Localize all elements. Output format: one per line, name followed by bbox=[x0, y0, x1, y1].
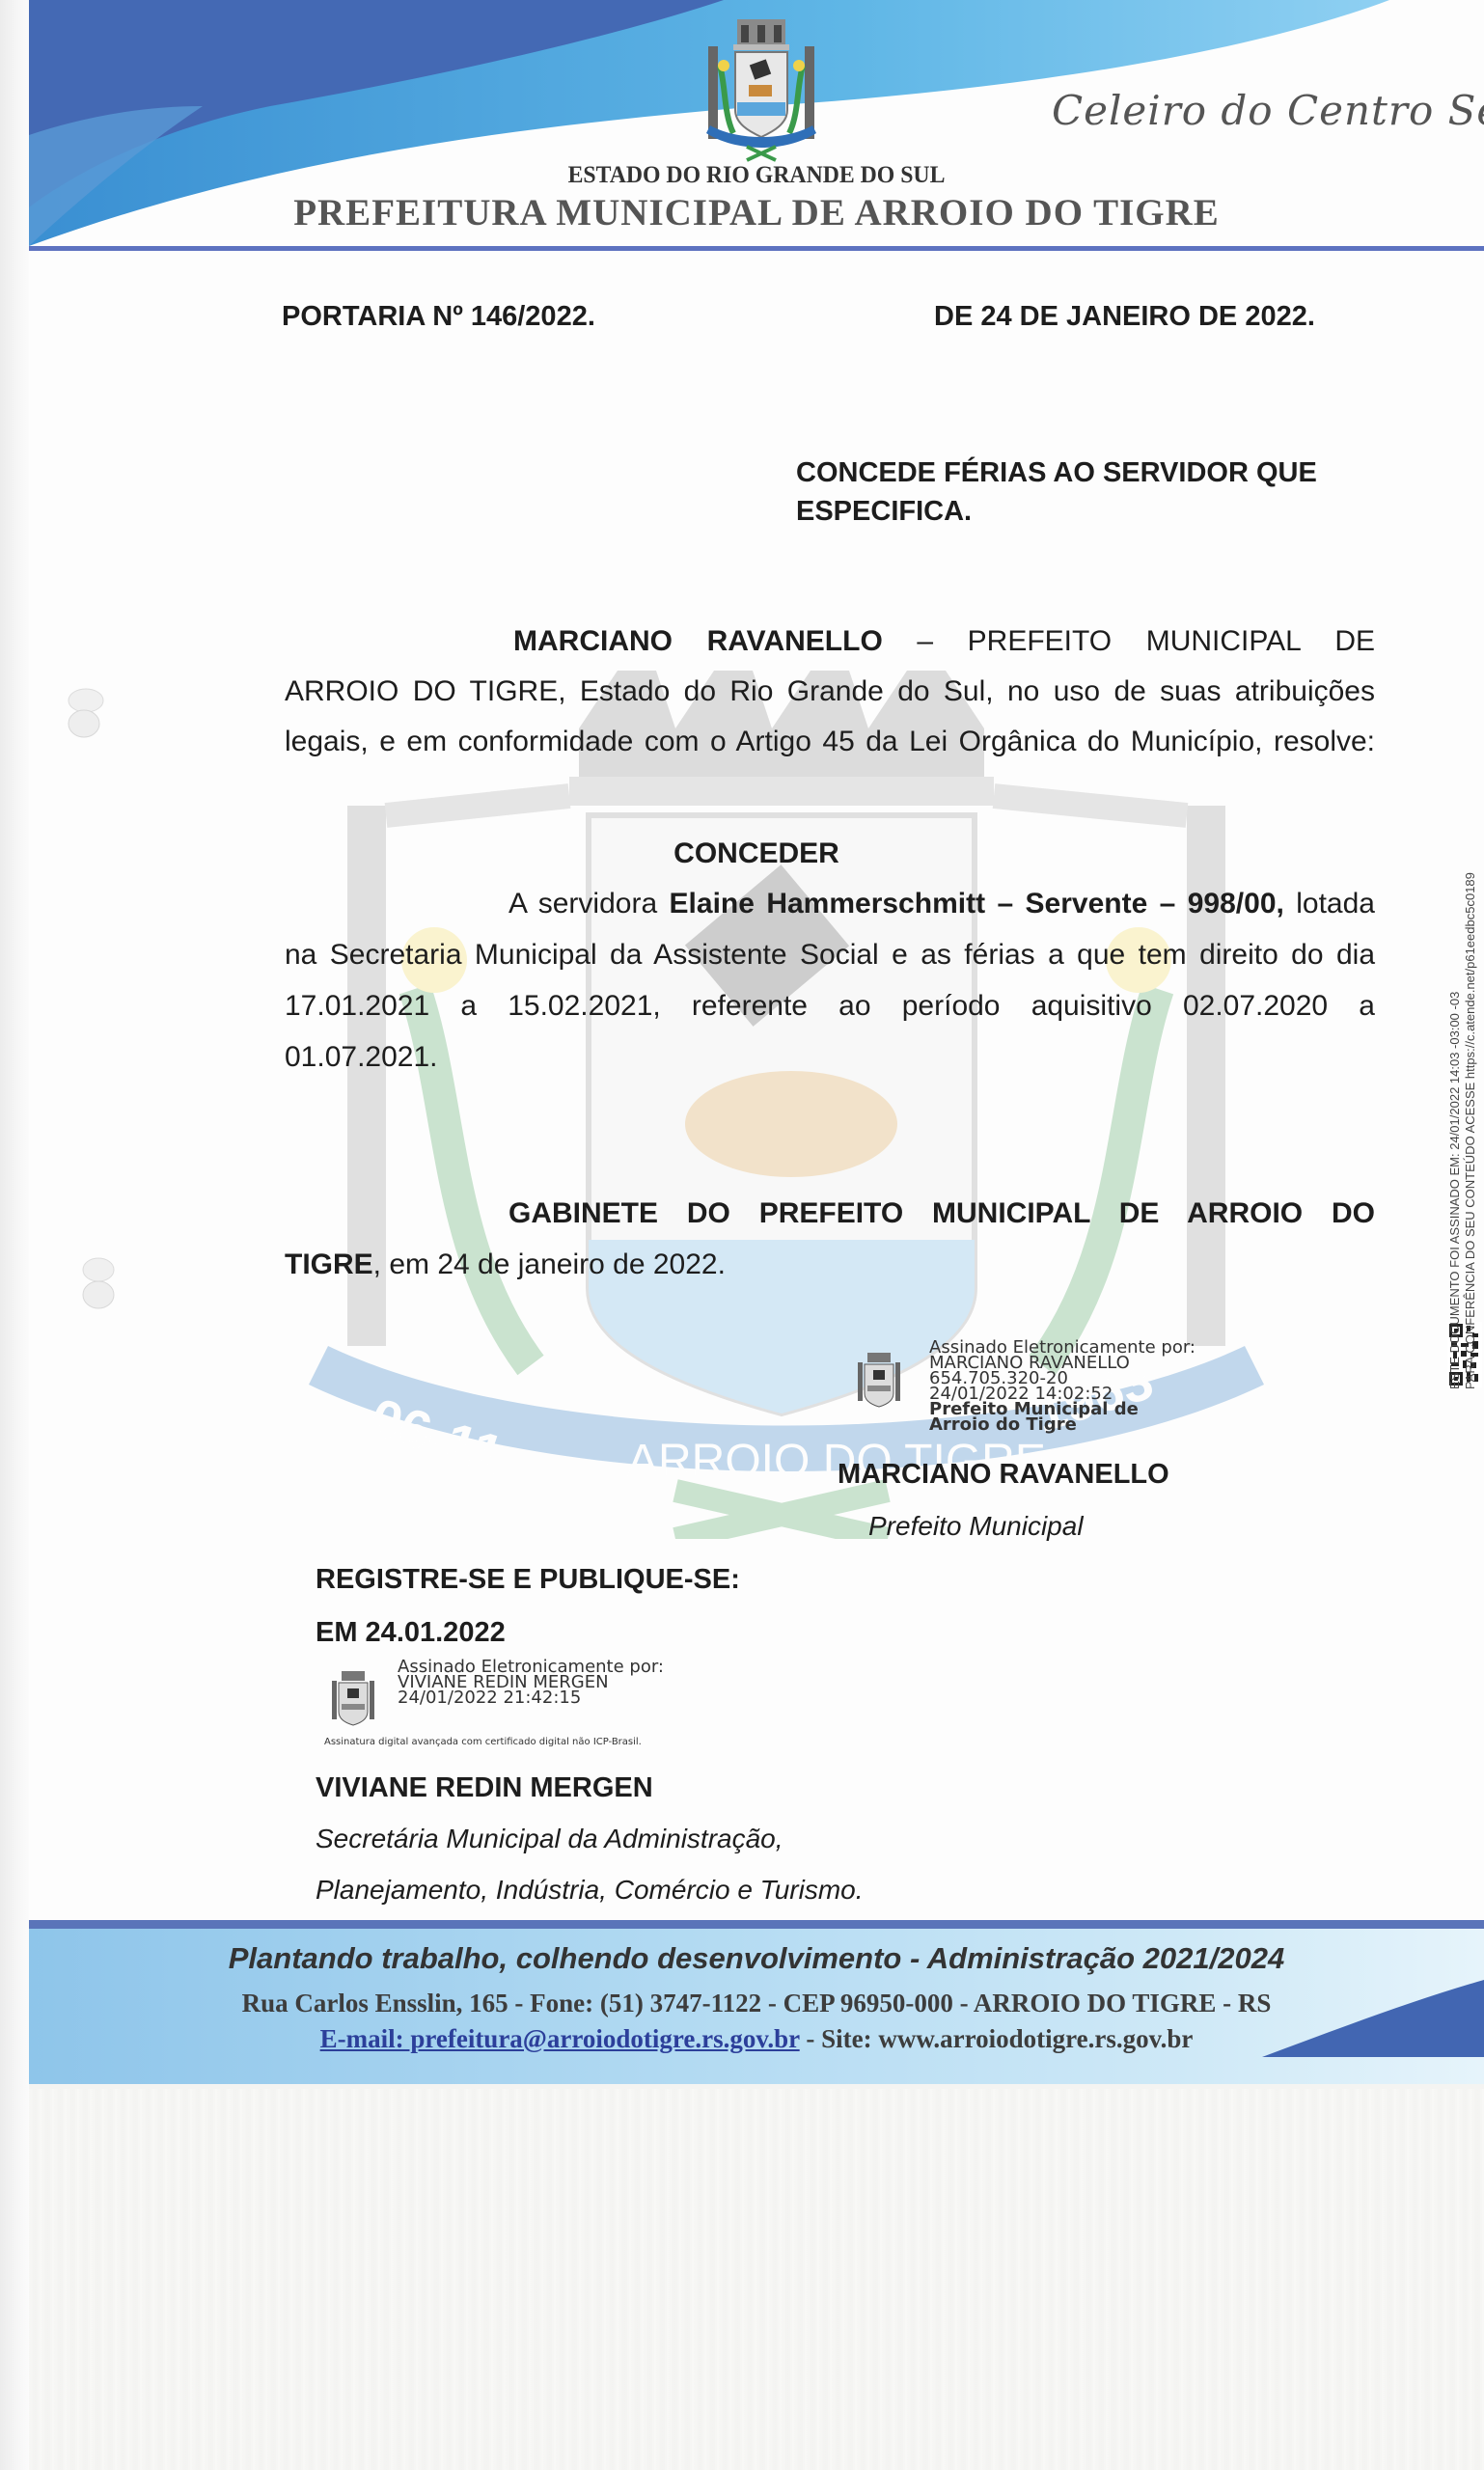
state-name: ESTADO DO RIO GRANDE DO SUL bbox=[66, 162, 1448, 189]
footer-address: Rua Carlos Ensslin, 165 - Fone: (51) 374… bbox=[29, 1989, 1484, 2018]
punch-hole-mark bbox=[63, 685, 105, 743]
grant-line-4: 01.07.2021. bbox=[285, 1043, 1375, 1094]
svg-text:06-11: 06-11 bbox=[363, 1386, 510, 1485]
closing-line-2: TIGRE, em 24 de janeiro de 2022. bbox=[285, 1250, 1375, 1302]
secretary-electronic-signature: Assinado Eletronicamente por: VIVIANE RE… bbox=[318, 1658, 724, 1754]
portaria-date: DE 24 DE JANEIRO DE 2022. bbox=[934, 302, 1315, 331]
stamp-line-1: ESTE DOCUMENTO FOI ASSINADO EM: 24/01/20… bbox=[1447, 675, 1463, 1389]
document-page: Celeiro do Centro Serra ESTADO DO RIO GR… bbox=[29, 0, 1484, 2084]
punch-hole-mark bbox=[77, 1254, 120, 1312]
footer-contact: E-mail: prefeitura@arroiodotigre.rs.gov.… bbox=[29, 2024, 1484, 2054]
site-text: - Site: www.arroiodotigre.rs.gov.br bbox=[800, 2024, 1194, 2053]
preamble-line-3: legais, e em conformidade com o Artigo 4… bbox=[285, 727, 1375, 778]
stamp-line-2: PARA CONFERÊNCIA DO SEU CONTEÚDO ACESSE … bbox=[1463, 675, 1478, 1389]
secretary-role-line-2: Planejamento, Indústria, Comércio e Turi… bbox=[316, 1876, 864, 1905]
email-link[interactable]: E-mail: prefeitura@arroiodotigre.rs.gov.… bbox=[320, 2024, 800, 2053]
signature-verification-stamp: ESTE DOCUMENTO FOI ASSINADO EM: 24/01/20… bbox=[1447, 675, 1484, 1389]
esig-certificate-note: Assinatura digital avançada com certific… bbox=[324, 1737, 643, 1747]
employee-details: Elaine Hammerschmitt – Servente – 998/00… bbox=[670, 888, 1284, 919]
portaria-number: PORTARIA Nº 146/2022. bbox=[282, 302, 595, 331]
registration-label: REGISTRE-SE E PUBLIQUE-SE: bbox=[316, 1565, 740, 1594]
closing-line-1: GABINETE DO PREFEITO MUNICIPAL DE ARROIO… bbox=[285, 1199, 1375, 1250]
secretary-role-line-1: Secretária Municipal da Administração, bbox=[316, 1825, 783, 1853]
seal-icon bbox=[328, 1669, 378, 1729]
preamble-line-2: ARROIO DO TIGRE, Estado do Rio Grande do… bbox=[285, 677, 1375, 727]
header-divider bbox=[29, 246, 1484, 251]
scanner-blank-area bbox=[29, 2089, 1484, 2470]
mayor-name: MARCIANO RAVANELLO bbox=[513, 625, 883, 657]
grant-line-2: na Secretaria Municipal da Assistente So… bbox=[285, 941, 1375, 992]
seal-icon bbox=[854, 1351, 904, 1411]
mayor-electronic-signature: Assinado Eletronicamente por: MARCIANO R… bbox=[844, 1336, 1230, 1452]
secretary-esig-text: Assinado Eletronicamente por: VIVIANE RE… bbox=[398, 1660, 664, 1706]
footer-slogan: Plantando trabalho, colhendo desenvolvim… bbox=[29, 1941, 1484, 1976]
preamble-paragraph: MARCIANO RAVANELLO – PREFEITO MUNICIPAL … bbox=[285, 627, 1375, 778]
portaria-summary: CONCEDE FÉRIAS AO SERVIDOR QUE ESPECIFIC… bbox=[796, 453, 1414, 531]
mayor-esig-text: Assinado Eletronicamente por: MARCIANO R… bbox=[929, 1340, 1195, 1433]
registration-date: EM 24.01.2022 bbox=[316, 1618, 506, 1647]
municipality-name: PREFEITURA MUNICIPAL DE ARROIO DO TIGRE bbox=[29, 191, 1484, 234]
secretary-signature-name: VIVIANE REDIN MERGEN bbox=[316, 1773, 653, 1802]
mayor-signature-role: Prefeito Municipal bbox=[868, 1512, 1084, 1541]
mayor-signature-name: MARCIANO RAVANELLO bbox=[838, 1460, 1169, 1489]
footer-divider bbox=[29, 1920, 1484, 1929]
letterhead-footer: Plantando trabalho, colhendo desenvolvim… bbox=[29, 1920, 1484, 2084]
grant-line-3: 17.01.2021 a 15.02.2021, referente ao pe… bbox=[285, 992, 1375, 1043]
municipal-motto: Celeiro do Centro Serra bbox=[1052, 87, 1484, 134]
grant-line-1: A servidora Elaine Hammerschmitt – Serve… bbox=[285, 890, 1375, 941]
preamble-line-1: MARCIANO RAVANELLO – PREFEITO MUNICIPAL … bbox=[285, 627, 1375, 677]
closing-paragraph: GABINETE DO PREFEITO MUNICIPAL DE ARROIO… bbox=[285, 1199, 1375, 1302]
municipal-crest-icon bbox=[699, 17, 824, 162]
scan-edge bbox=[0, 0, 29, 2470]
grant-paragraph: A servidora Elaine Hammerschmitt – Serve… bbox=[285, 890, 1375, 1094]
action-heading: CONCEDER bbox=[29, 839, 1484, 868]
